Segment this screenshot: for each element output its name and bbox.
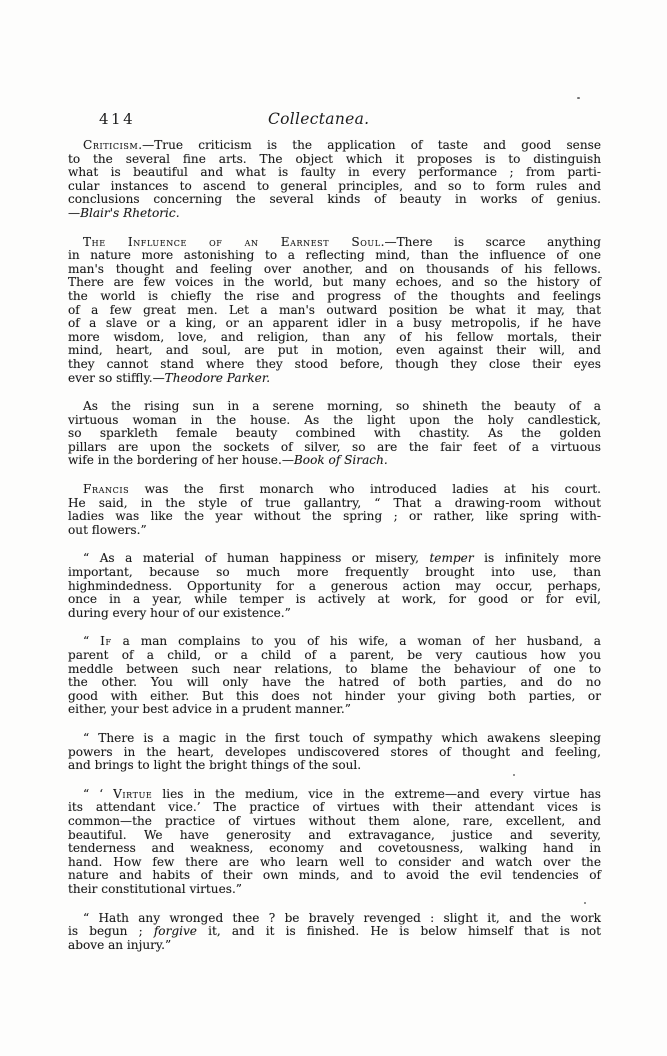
- text-line: ladies was like the year without the spr…: [68, 510, 601, 524]
- text-line: is begun ; forgive it, and it is finishe…: [68, 925, 601, 939]
- text-line: “ As a material of human happiness or mi…: [68, 552, 601, 566]
- paragraph: As the rising sun in a serene morning, s…: [68, 400, 601, 468]
- text-line: wife in the bordering of her house.—Book…: [68, 454, 601, 468]
- running-title: Collectanea.: [268, 110, 369, 128]
- text-line: —Blair's Rhetoric.: [68, 207, 601, 221]
- text-line: He said, in the style of true gallantry,…: [68, 497, 601, 511]
- text-line: parent of a child, or a child of a paren…: [68, 649, 601, 663]
- text-line: of a slave or a king, or an apparent idl…: [68, 317, 601, 331]
- text-line: hand. How few there are who learn well t…: [68, 856, 601, 870]
- text-line: their constitutional virtues.”: [68, 883, 601, 897]
- text-line: There are few voices in the world, but m…: [68, 276, 601, 290]
- text-line: mind, heart, and soul, are put in motion…: [68, 344, 601, 358]
- text-line: what is beautiful and what is faulty in …: [68, 166, 601, 180]
- page-body: Criticism.—True criticism is the applica…: [68, 139, 601, 967]
- text-line: nature and habits of their own minds, an…: [68, 869, 601, 883]
- text-line: pillars are upon the sockets of silver, …: [68, 441, 601, 455]
- paragraph: “ If a man complains to you of his wife,…: [68, 635, 601, 717]
- scan-speck: [584, 902, 586, 904]
- scan-speck: [577, 97, 580, 99]
- text-line: more wisdom, love, and religion, than an…: [68, 331, 601, 345]
- page-header: 414 Collectanea.: [0, 110, 667, 130]
- text-line: “ If a man complains to you of his wife,…: [68, 635, 601, 649]
- text-line: Criticism.—True criticism is the applica…: [68, 139, 601, 153]
- text-line: to the several fine arts. The object whi…: [68, 153, 601, 167]
- text-line: cular instances to ascend to general pri…: [68, 180, 601, 194]
- text-line: “ Hath any wronged thee ? be bravely rev…: [68, 912, 601, 926]
- paragraph: “ ‘ Virtue lies in the medium, vice in t…: [68, 788, 601, 897]
- text-line: its attendant vice.’ The practice of vir…: [68, 801, 601, 815]
- paragraph: Francis was the first monarch who introd…: [68, 483, 601, 537]
- text-line: ever so stiffly.—Theodore Parker.: [68, 372, 601, 386]
- text-line: Francis was the first monarch who introd…: [68, 483, 601, 497]
- text-line: powers in the heart, developes undiscove…: [68, 746, 601, 760]
- text-line: As the rising sun in a serene morning, s…: [68, 400, 601, 414]
- text-line: the world is chiefly the rise and progre…: [68, 290, 601, 304]
- text-line: of a few great men. Let a man's outward …: [68, 304, 601, 318]
- text-line: important, because so much more frequent…: [68, 566, 601, 580]
- paragraph: “ There is a magic in the first touch of…: [68, 732, 601, 773]
- text-line: good with either. But this does not hind…: [68, 690, 601, 704]
- text-line: man's thought and feeling over another, …: [68, 263, 601, 277]
- text-line: above an injury.”: [68, 939, 601, 953]
- text-line: either, your best advice in a prudent ma…: [68, 703, 601, 717]
- text-line: meddle between such near relations, to b…: [68, 663, 601, 677]
- text-line: tenderness and weakness, economy and cov…: [68, 842, 601, 856]
- text-line: so sparkleth female beauty combined with…: [68, 427, 601, 441]
- text-line: virtuous woman in the house. As the ligh…: [68, 414, 601, 428]
- scan-speck: [513, 774, 515, 776]
- text-line: conclusions concerning the several kinds…: [68, 193, 601, 207]
- book-page: 414 Collectanea. Criticism.—True critici…: [0, 0, 667, 1056]
- page-number: 414: [99, 110, 135, 128]
- text-line: The Influence of an Earnest Soul.—There …: [68, 236, 601, 250]
- text-line: common—the practice of virtues without t…: [68, 815, 601, 829]
- text-line: beautiful. We have generosity and extrav…: [68, 829, 601, 843]
- text-line: and brings to light the bright things of…: [68, 759, 601, 773]
- paragraph: Criticism.—True criticism is the applica…: [68, 139, 601, 221]
- paragraph: “ As a material of human happiness or mi…: [68, 552, 601, 620]
- text-line: out flowers.”: [68, 524, 601, 538]
- text-line: highmindedness. Opportunity for a genero…: [68, 580, 601, 594]
- text-line: once in a year, while temper is actively…: [68, 593, 601, 607]
- text-line: during every hour of our existence.”: [68, 607, 601, 621]
- paragraph: “ Hath any wronged thee ? be bravely rev…: [68, 912, 601, 953]
- paragraph: The Influence of an Earnest Soul.—There …: [68, 236, 601, 386]
- text-line: “ There is a magic in the first touch of…: [68, 732, 601, 746]
- text-line: in nature more astonishing to a reflecti…: [68, 249, 601, 263]
- text-line: they cannot stand where they stood befor…: [68, 358, 601, 372]
- text-line: the other. You will only have the hatred…: [68, 676, 601, 690]
- text-line: “ ‘ Virtue lies in the medium, vice in t…: [68, 788, 601, 802]
